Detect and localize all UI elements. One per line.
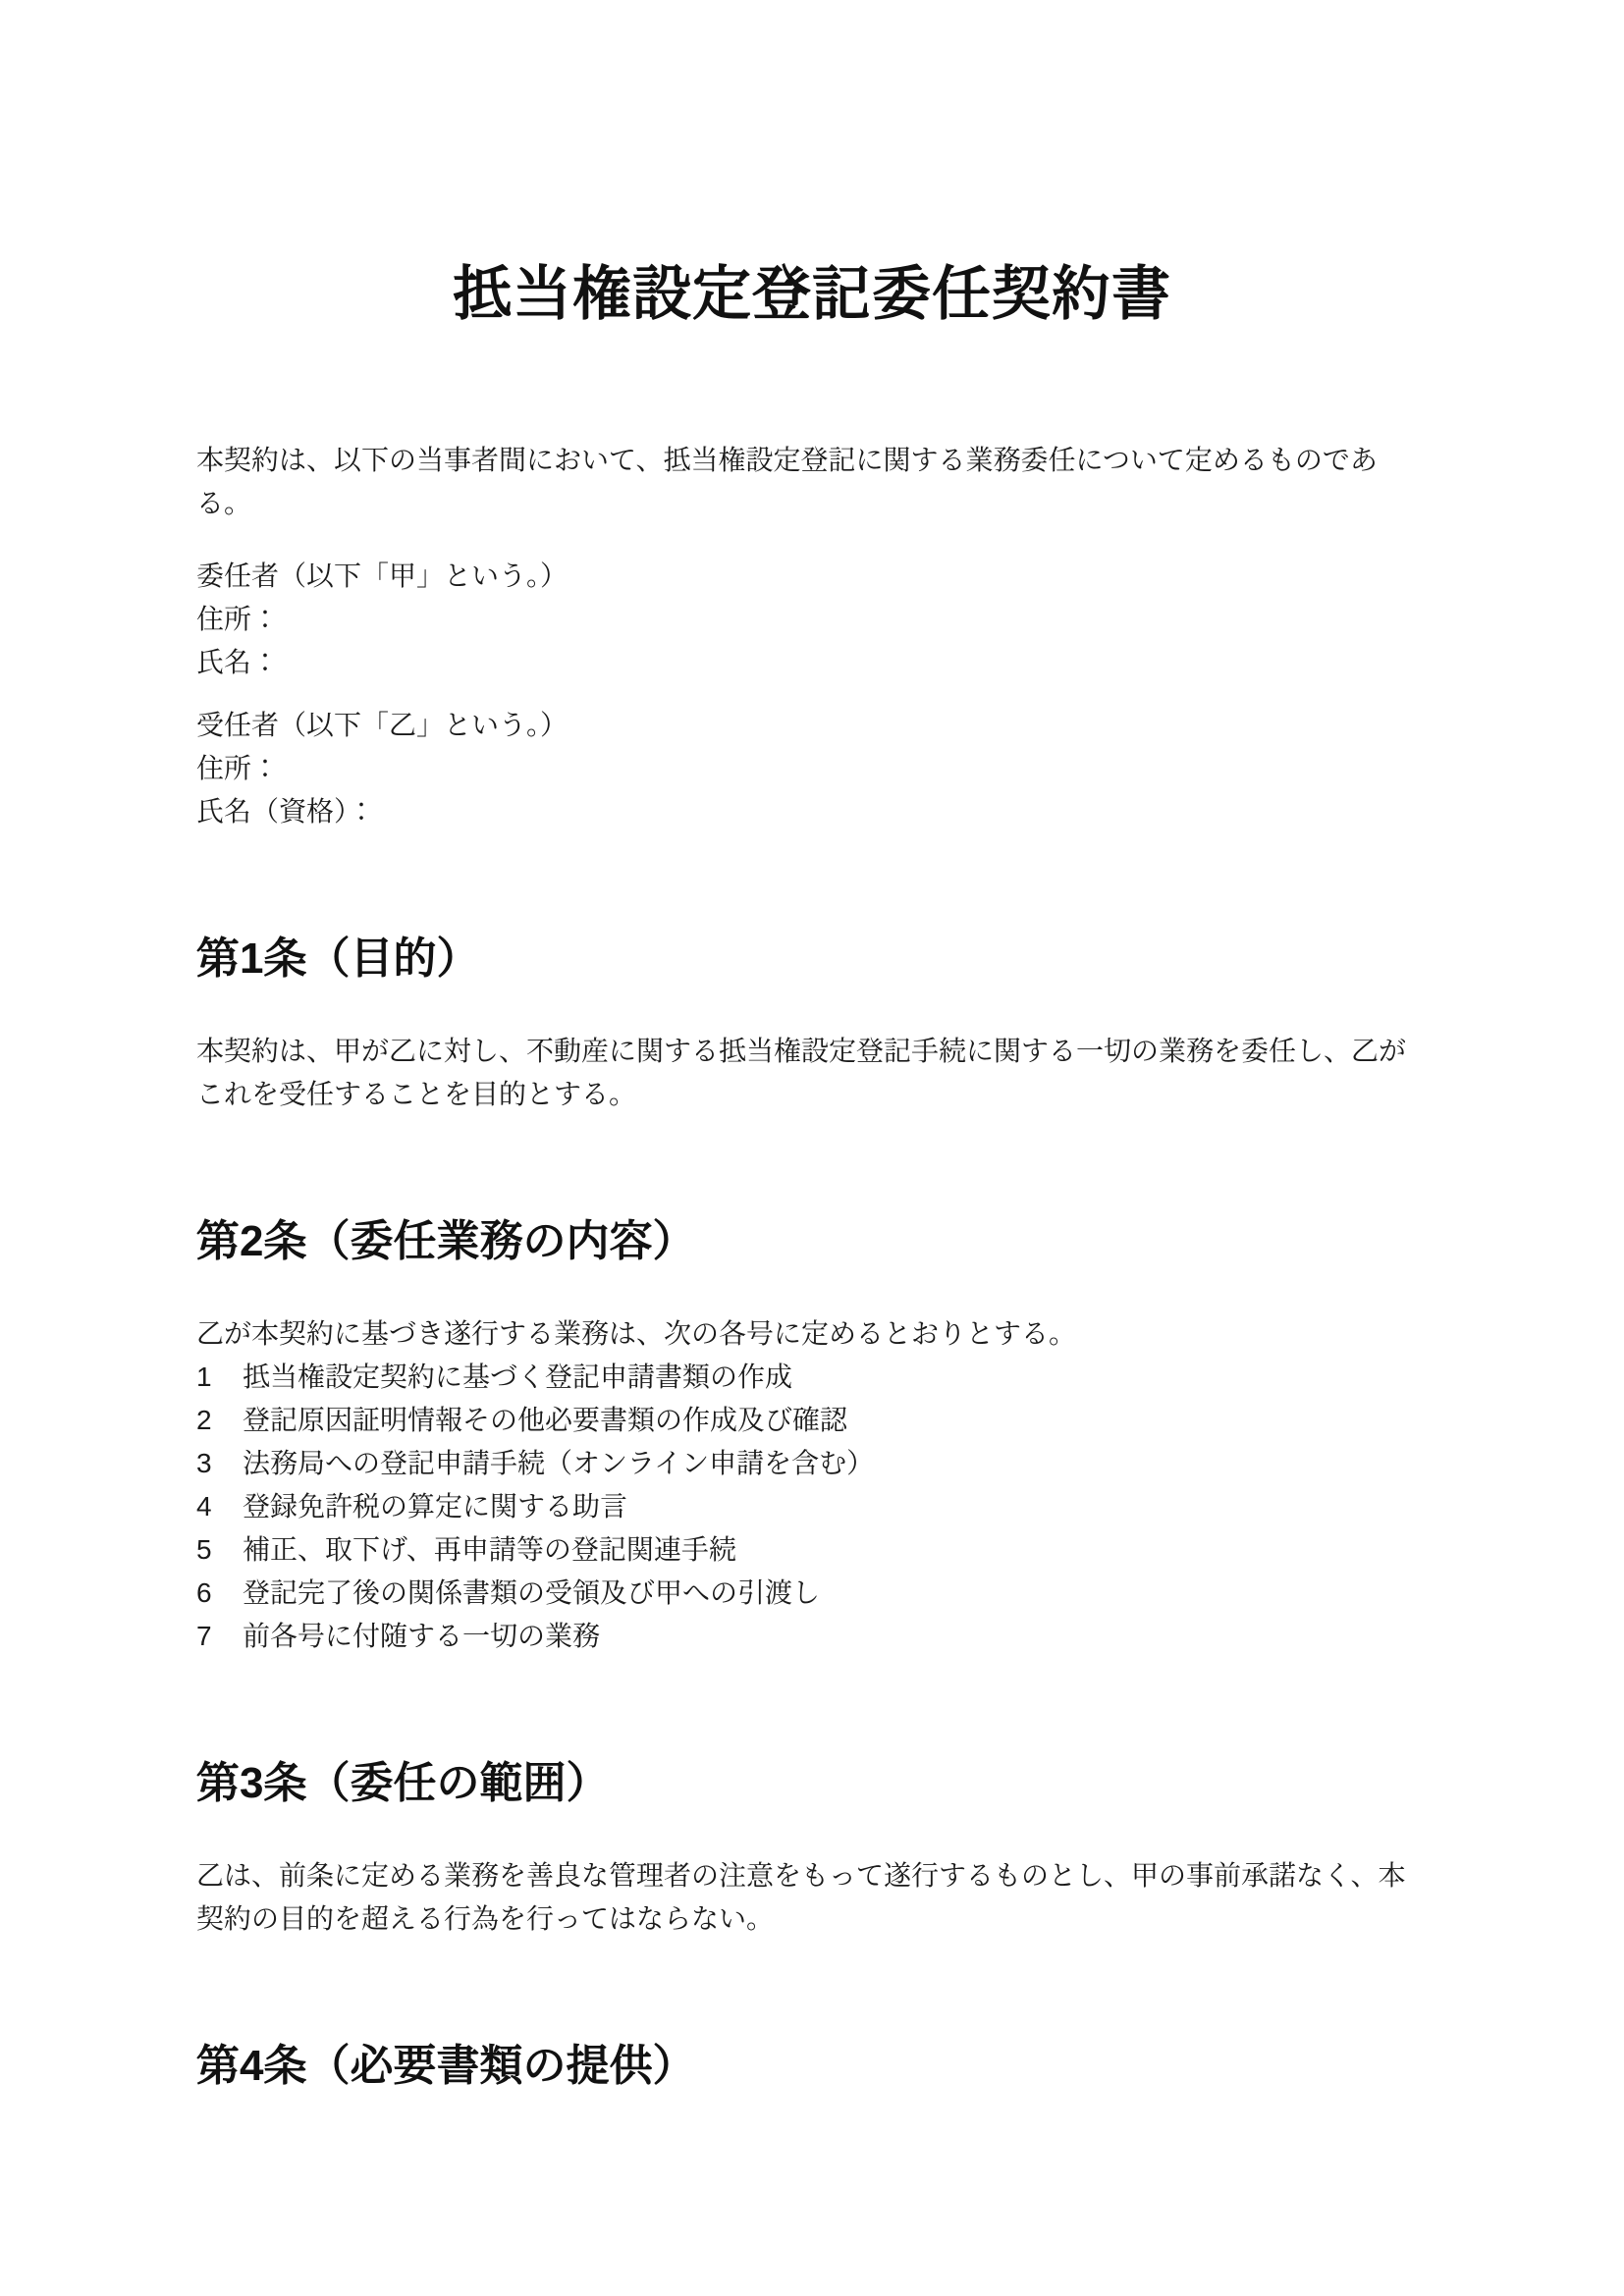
- clause-number: 6: [196, 1572, 243, 1615]
- clause-item-7: 7 前各号に付随する一切の業務: [196, 1615, 1428, 1658]
- clause-item-4: 4 登録免許税の算定に関する助言: [196, 1485, 1428, 1528]
- article-2-scope-of-services: 第2条（委任業務の内容） 乙が本契約に基づき遂行する業務は、次の各号に定めるとお…: [196, 1214, 1428, 1658]
- article-3-scope-of-delegation: 第3条（委任の範囲） 乙は、前条に定める業務を善良な管理者の注意をもって遂行する…: [196, 1756, 1428, 1941]
- article-1-body: 本契約は、甲が乙に対し、不動産に関する抵当権設定登記手続に関する一切の業務を委任…: [196, 1030, 1428, 1116]
- party-block-agent: 受任者（以下「乙」という。） 住所： 氏名（資格）：: [196, 704, 1428, 833]
- clause-number: 1: [196, 1356, 243, 1399]
- clause-item-5: 5 補正、取下げ、再申請等の登記関連手続: [196, 1528, 1428, 1572]
- article-1-heading: 第1条（目的）: [196, 932, 1428, 987]
- clause-item-6: 6 登記完了後の関係書類の受領及び甲への引渡し: [196, 1572, 1428, 1615]
- clause-number: 3: [196, 1442, 243, 1485]
- clause-text: 法務局への登記申請手続（オンライン申請を含む）: [243, 1442, 1428, 1485]
- clause-text: 登録免許税の算定に関する助言: [243, 1485, 1428, 1528]
- clause-number: 5: [196, 1528, 243, 1572]
- clause-text: 登記原因証明情報その他必要書類の作成及び確認: [243, 1399, 1428, 1442]
- article-4-required-documents: 第4条（必要書類の提供）: [196, 2039, 1428, 2094]
- clause-number: 7: [196, 1615, 243, 1658]
- party-address-label: 住所：: [196, 598, 1428, 641]
- party-address-label: 住所：: [196, 747, 1428, 790]
- article-2-heading: 第2条（委任業務の内容）: [196, 1214, 1428, 1269]
- clause-item-2: 2 登記原因証明情報その他必要書類の作成及び確認: [196, 1399, 1428, 1442]
- article-1-purpose: 第1条（目的） 本契約は、甲が乙に対し、不動産に関する抵当権設定登記手続に関する…: [196, 932, 1428, 1116]
- article-2-clause-list: 1 抵当権設定契約に基づく登記申請書類の作成 2 登記原因証明情報その他必要書類…: [196, 1356, 1428, 1658]
- clause-item-3: 3 法務局への登記申請手続（オンライン申請を含む）: [196, 1442, 1428, 1485]
- article-2-body: 乙が本契約に基づき遂行する業務は、次の各号に定めるとおりとする。: [196, 1312, 1428, 1356]
- intro-paragraph: 本契約は、以下の当事者間において、抵当権設定登記に関する業務委任について定めるも…: [196, 439, 1428, 525]
- article-3-heading: 第3条（委任の範囲）: [196, 1756, 1428, 1811]
- party-role-line: 受任者（以下「乙」という。）: [196, 704, 1428, 747]
- clause-text: 抵当権設定契約に基づく登記申請書類の作成: [243, 1356, 1428, 1399]
- contract-document-page: 抵当権設定登記委任契約書 本契約は、以下の当事者間において、抵当権設定登記に関す…: [0, 0, 1624, 2296]
- clause-number: 4: [196, 1485, 243, 1528]
- clause-text: 補正、取下げ、再申請等の登記関連手続: [243, 1528, 1428, 1572]
- article-4-heading: 第4条（必要書類の提供）: [196, 2039, 1428, 2094]
- party-name-label: 氏名（資格）：: [196, 790, 1428, 833]
- document-title: 抵当権設定登記委任契約書: [196, 257, 1428, 331]
- party-role-line: 委任者（以下「甲」という。）: [196, 555, 1428, 598]
- party-block-client: 委任者（以下「甲」という。） 住所： 氏名：: [196, 555, 1428, 684]
- clause-item-1: 1 抵当権設定契約に基づく登記申請書類の作成: [196, 1356, 1428, 1399]
- article-3-body: 乙は、前条に定める業務を善良な管理者の注意をもって遂行するものとし、甲の事前承諾…: [196, 1854, 1428, 1941]
- clause-text: 登記完了後の関係書類の受領及び甲への引渡し: [243, 1572, 1428, 1615]
- party-name-label: 氏名：: [196, 641, 1428, 684]
- clause-text: 前各号に付随する一切の業務: [243, 1615, 1428, 1658]
- clause-number: 2: [196, 1399, 243, 1442]
